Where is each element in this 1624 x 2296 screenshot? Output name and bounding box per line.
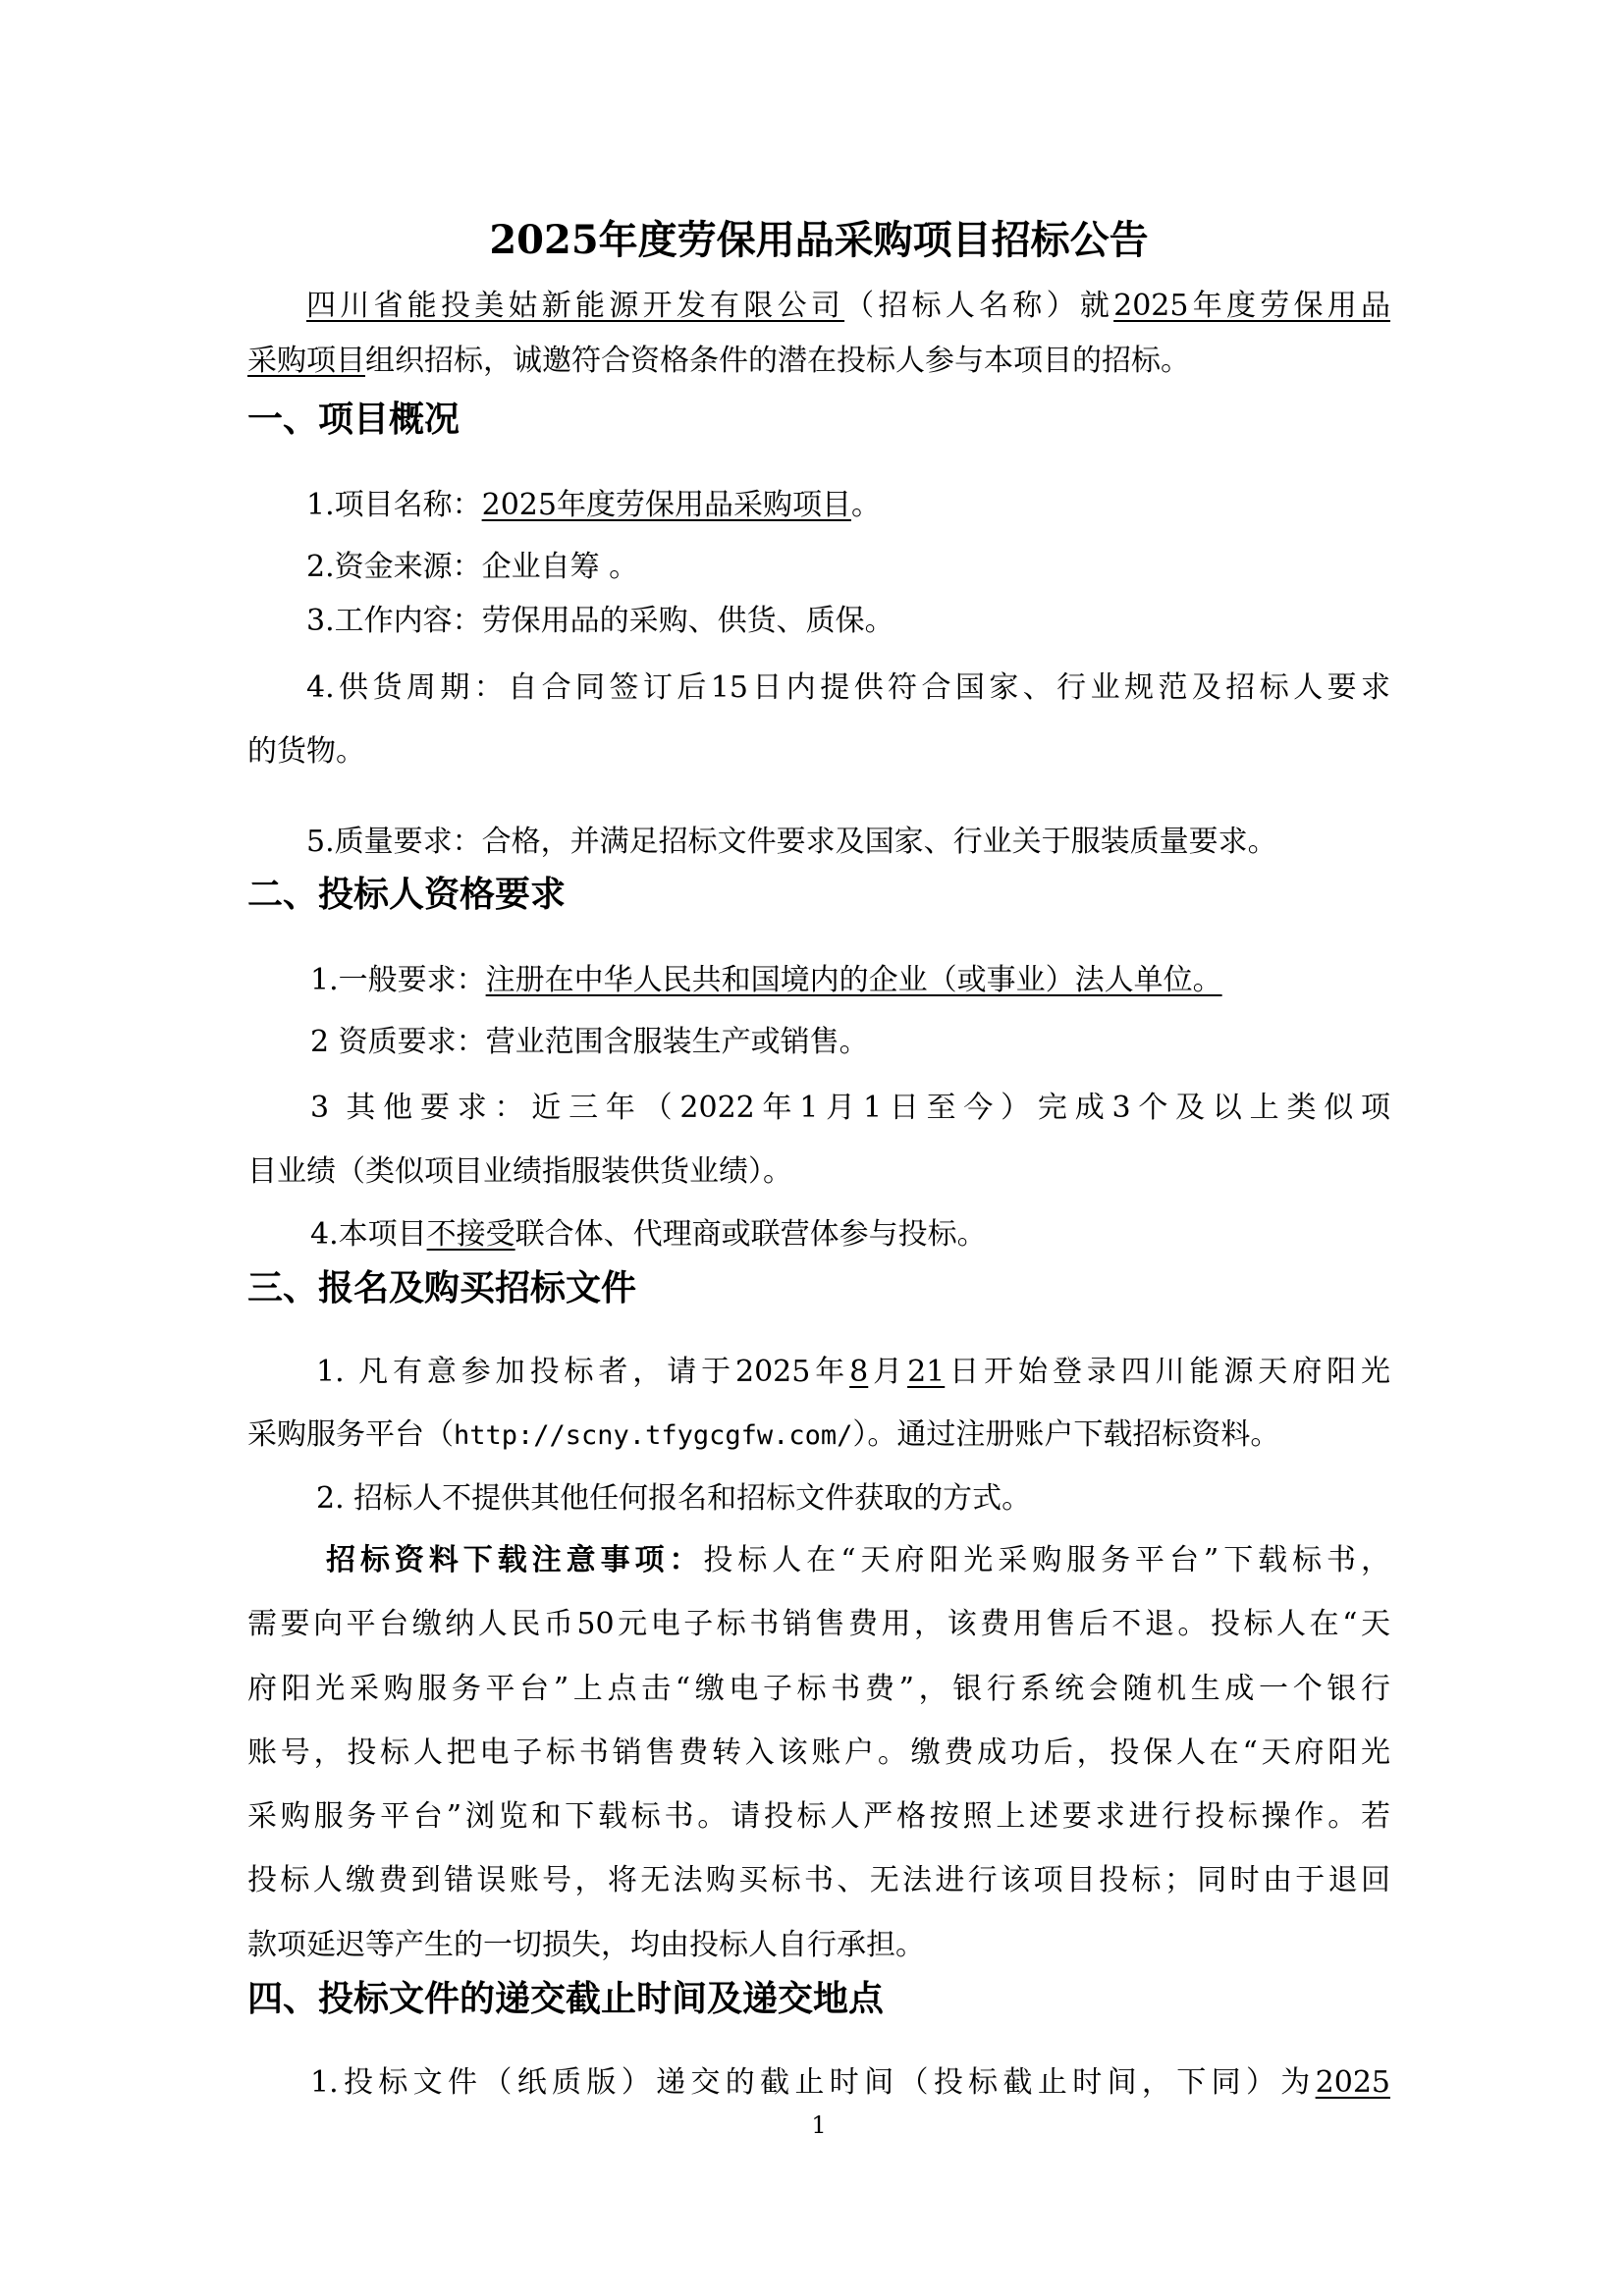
intro-line-2: 采购项目组织招标，诚邀符合资格条件的潜在投标人参与本项目的招标。 (247, 340, 1390, 383)
item-text: ）。通过注册账户下载招标资料。 (852, 1417, 1279, 1452)
notice-text: 投标人在“天府阳光采购服务平台”下载标书， (703, 1543, 1390, 1577)
s1-item-5: 5.质量要求：合格，并满足招标文件要求及国家、行业关于服装质量要求。 (247, 821, 1449, 864)
item-label: 3 其他要求： (310, 1091, 531, 1125)
s2-item-4: 4.本项目不接受联合体、代理商或联营体参与投标。 (247, 1213, 1453, 1256)
s1-item-4-cont: 的货物。 (247, 730, 1390, 774)
start-month: 8 (849, 1355, 868, 1389)
notice-line-4: 账号，投标人把电子标书销售费转入该账户。缴费成功后，投保人在“天府阳光 (247, 1732, 1390, 1775)
item-value: 注册在中华人民共和国境内的企业（或事业）法人单位。 (486, 963, 1222, 997)
project-name: 2025年度劳保用品采购项目 (482, 488, 851, 522)
s3-item-2: 2. 招标人不提供其他任何报名和招标文件获取的方式。 (247, 1477, 1459, 1521)
item-value: 近三年（2022年1月1日至今）完成3个及以上类似项 (531, 1091, 1390, 1125)
s2-item-1: 1.一般要求：注册在中华人民共和国境内的企业（或事业）法人单位。 (247, 959, 1453, 1002)
section-heading-1: 一、项目概况 (247, 396, 460, 445)
item-label: 4.供货周期： (306, 670, 508, 705)
section-heading-2: 二、投标人资格要求 (247, 871, 566, 920)
item-value: 合格，并满足招标文件要求及国家、行业关于服装质量要求。 (482, 825, 1277, 859)
s1-item-2: 2.资金来源：企业自筹 。 (247, 546, 1449, 589)
page-number: 1 (247, 2110, 1390, 2140)
item-text: 1. 凡有意参加投标者，请于2025年 (316, 1355, 849, 1389)
deadline-year: 2025 (1316, 2065, 1390, 2100)
item-value: 企业自筹 。 (482, 550, 639, 584)
project-name-part1: 2025年度劳保用品 (1113, 289, 1390, 323)
notice-line-5: 采购服务平台”浏览和下载标书。请投标人严格按照上述要求进行投标操作。若 (247, 1795, 1390, 1839)
section-heading-4: 四、投标文件的递交截止时间及递交地点 (247, 1975, 884, 2024)
item-label: 5.质量要求： (306, 825, 482, 859)
s3-item-1: 1. 凡有意参加投标者，请于2025年8月21日开始登录四川能源天府阳光 (247, 1351, 1390, 1394)
tenderer-name: 四川省能投美姑新能源开发有限公司 (306, 289, 844, 323)
s2-item-2: 2 资质要求：营业范围含服装生产或销售。 (247, 1021, 1453, 1064)
start-day: 21 (907, 1355, 945, 1389)
item-label: 1.一般要求： (310, 963, 486, 997)
item-label: 4.本项目 (310, 1217, 427, 1252)
item-underlined: 不接受 (427, 1217, 515, 1252)
notice-line-3: 府阳光采购服务平台”上点击“缴电子标书费”，银行系统会随机生成一个银行 (247, 1668, 1390, 1711)
s1-item-1: 1.项目名称：2025年度劳保用品采购项目。 (247, 484, 1449, 527)
document-title: 2025年度劳保用品采购项目招标公告 (247, 211, 1390, 270)
notice-line-7: 款项延迟等产生的一切损失，均由投标人自行承担。 (247, 1924, 1390, 1967)
s2-item-3-cont: 目业绩（类似项目业绩指服装供货业绩）。 (247, 1150, 1390, 1194)
notice-line-6: 投标人缴费到错误账号，将无法购买标书、无法进行该项目投标；同时由于退回 (247, 1859, 1390, 1902)
item-value: 劳保用品的采购、供货、质保。 (482, 604, 894, 638)
item-text: 1.投标文件（纸质版）递交的截止时间（投标截止时间，下同）为 (310, 2065, 1316, 2100)
item-label: 1.项目名称： (306, 488, 482, 522)
notice-line-1: 招标资料下载注意事项：投标人在“天府阳光采购服务平台”下载标书， (247, 1539, 1390, 1582)
item-value: 营业范围含服装生产或销售。 (486, 1025, 869, 1059)
tenderer-label: （招标人名称）就 (844, 289, 1113, 323)
intro-line-1: 四川省能投美姑新能源开发有限公司（招标人名称）就2025年度劳保用品 (247, 285, 1390, 328)
month-unit: 月 (868, 1355, 907, 1389)
s4-item-1: 1.投标文件（纸质版）递交的截止时间（投标截止时间，下同）为2025 (247, 2061, 1390, 2105)
section-heading-3: 三、报名及购买招标文件 (247, 1264, 636, 1313)
platform-url[interactable]: http://scny.tfygcgfw.com/ (454, 1420, 852, 1451)
notice-line-2: 需要向平台缴纳人民币50元电子标书销售费用，该费用售后不退。投标人在“天 (247, 1603, 1390, 1646)
item-label: 3.工作内容： (306, 604, 482, 638)
s3-item-1-cont: 采购服务平台（http://scny.tfygcgfw.com/）。通过注册账户… (247, 1414, 1390, 1458)
item-text: 日开始登录四川能源天府阳光 (945, 1355, 1390, 1389)
item-value: 联合体、代理商或联营体参与投标。 (515, 1217, 987, 1252)
item-label: 2.资金来源： (306, 550, 482, 584)
item-suffix: 。 (851, 488, 881, 522)
s1-item-4: 4.供货周期：自合同签订后15日内提供符合国家、行业规范及招标人要求 (247, 667, 1390, 710)
notice-label: 招标资料下载注意事项： (326, 1543, 703, 1577)
s1-item-3: 3.工作内容：劳保用品的采购、供货、质保。 (247, 600, 1449, 643)
project-name-part2: 采购项目 (247, 344, 365, 378)
s2-item-3: 3 其他要求：近三年（2022年1月1日至今）完成3个及以上类似项 (247, 1087, 1390, 1130)
item-label: 2 资质要求： (310, 1025, 486, 1059)
item-value: 自合同签订后15日内提供符合国家、行业规范及招标人要求 (508, 670, 1390, 705)
intro-rest: 组织招标，诚邀符合资格条件的潜在投标人参与本项目的招标。 (365, 344, 1190, 378)
item-text: 采购服务平台（ (247, 1417, 454, 1452)
